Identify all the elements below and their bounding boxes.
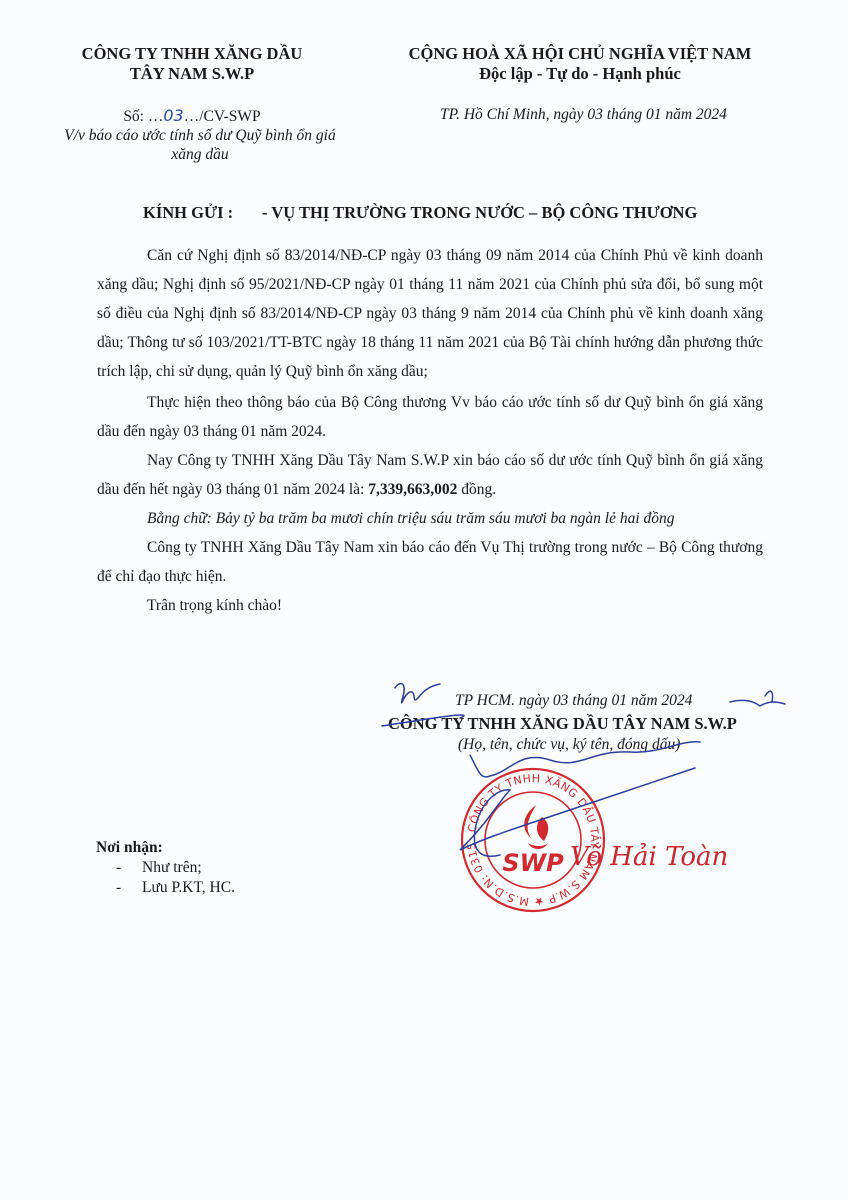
company-header: CÔNG TY TNHH XĂNG DẦU TÂY NAM S.W.P <box>62 44 322 84</box>
company-name-line1: CÔNG TY TNHH XĂNG DẦU <box>62 44 322 64</box>
recipients-block: Nơi nhận: -Như trên; -Lưu P.KT, HC. <box>96 838 235 898</box>
paragraph-legal-basis: Căn cứ Nghị định số 83/2014/NĐ-CP ngày 0… <box>97 241 763 386</box>
country-name: CỘNG HOÀ XÃ HỘI CHỦ NGHĨA VIỆT NAM <box>380 44 780 64</box>
document-number: Số: …03…/CV-SWP <box>62 106 322 126</box>
paragraph-closing-request: Công ty TNHH Xăng Dầu Tây Nam xin báo cá… <box>97 533 763 591</box>
recipient-item: -Như trên; <box>96 858 235 878</box>
recipients-title: Nơi nhận: <box>96 838 235 858</box>
national-header: CỘNG HOÀ XÃ HỘI CHỦ NGHĨA VIỆT NAM Độc l… <box>380 44 780 84</box>
handwritten-number: 03 <box>163 106 183 125</box>
document-subject: V/v báo cáo ước tính số dư Quỹ bình ổn g… <box>40 126 360 164</box>
paragraph-instruction: Thực hiện theo thông báo của Bộ Công thư… <box>97 388 763 446</box>
addressee-label: KÍNH GỬI : <box>143 203 233 223</box>
letter-body: Căn cứ Nghị định số 83/2014/NĐ-CP ngày 0… <box>97 241 763 620</box>
handwritten-signature <box>360 680 800 940</box>
paragraph-report: Nay Công ty TNHH Xăng Dầu Tây Nam S.W.P … <box>97 446 763 504</box>
addressee-recipient: - VỤ THỊ TRƯỜNG TRONG NƯỚC – BỘ CÔNG THƯ… <box>262 203 697 223</box>
company-name-line2: TÂY NAM S.W.P <box>62 64 322 84</box>
paragraph-amount-in-words: Bằng chữ: Bảy tỷ ba trăm ba mươi chín tr… <box>97 504 763 533</box>
fund-balance-amount: 7,339,663,002 <box>368 481 457 498</box>
national-motto: Độc lập - Tự do - Hạnh phúc <box>380 64 780 84</box>
recipients-list: -Như trên; -Lưu P.KT, HC. <box>96 858 235 898</box>
paragraph-greeting: Trân trọng kính chào! <box>97 591 763 620</box>
recipient-item: -Lưu P.KT, HC. <box>96 878 235 898</box>
place-date: TP. Hồ Chí Minh, ngày 03 tháng 01 năm 20… <box>440 106 727 124</box>
